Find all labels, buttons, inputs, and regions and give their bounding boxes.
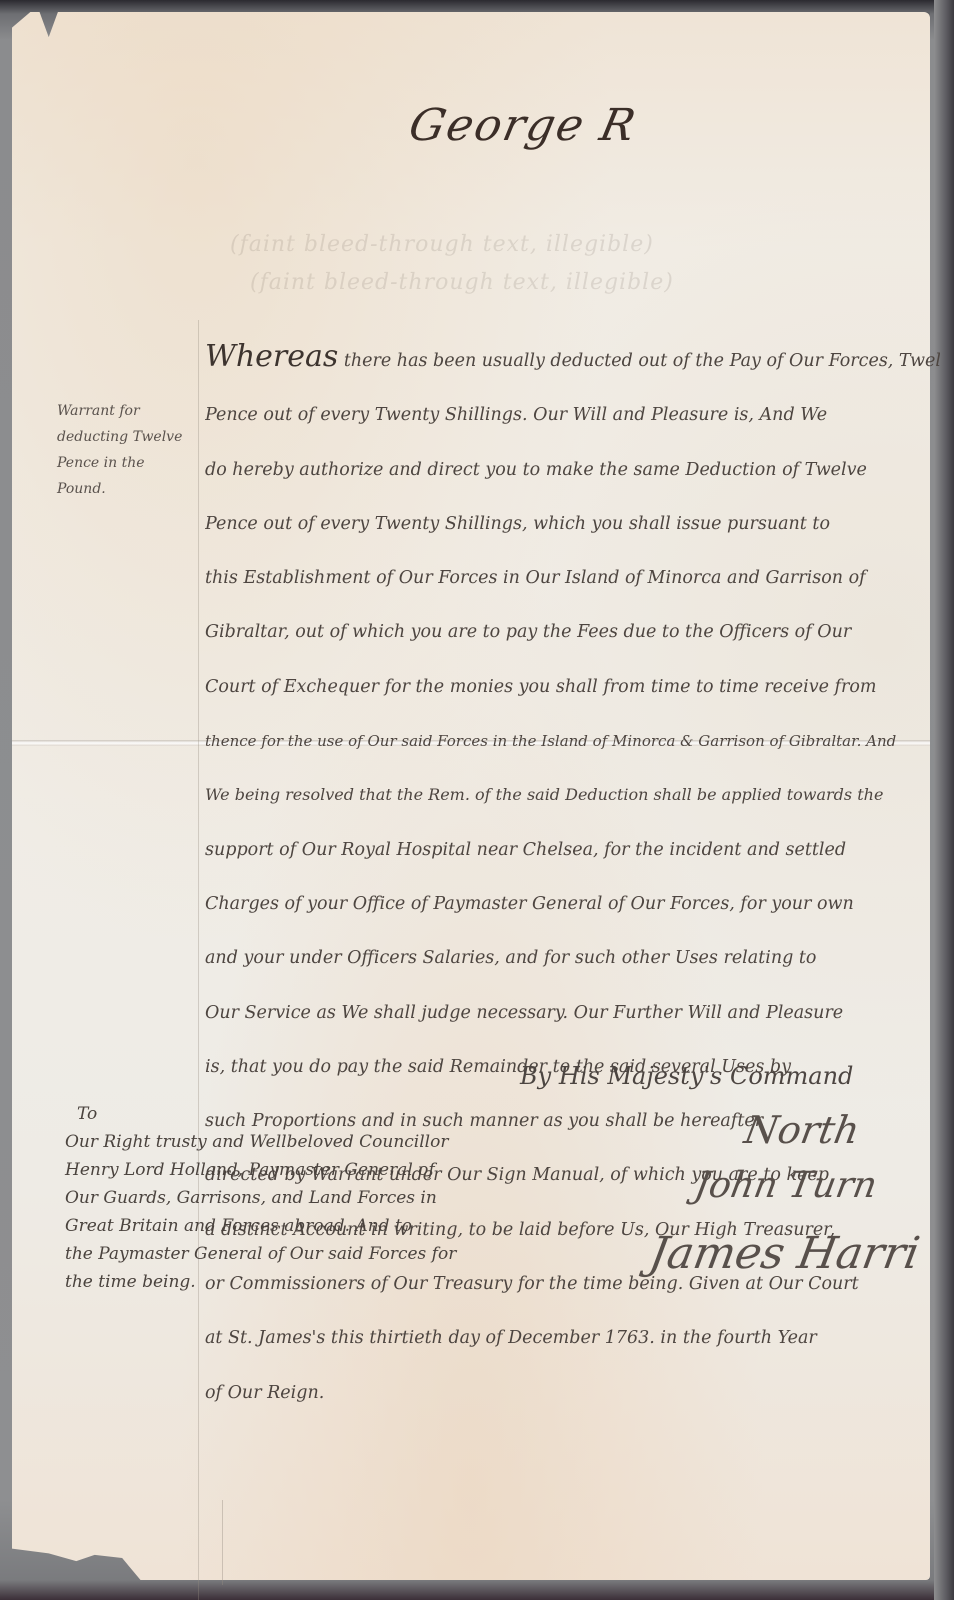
body-line: at St. James's this thirtieth day of Dec… [205,1311,940,1365]
margin-note-line: Warrant for [57,398,197,424]
address-line: the Paymaster General of Our said Forces… [65,1240,535,1268]
margin-rule-lower [222,1500,223,1585]
drop-word: Whereas [205,339,338,374]
margin-note-line: deducting Twelve [57,424,197,450]
margin-note-line: Pence in the [57,450,197,476]
body-line: Whereas there has been usually deducted … [205,330,940,388]
body-line: Pence out of every Twenty Shillings, whi… [205,497,940,551]
address-line: Our Right trusty and Wellbeloved Council… [65,1128,535,1156]
margin-rule [198,320,199,1600]
bleed-through-text: (faint bleed-through text, illegible) [250,270,674,295]
address-line: the time being. [65,1268,535,1296]
body-line: of Our Reign. [205,1366,940,1420]
royal-signature-text: George R [405,100,642,151]
royal-sign-manual: George R [405,100,642,151]
body-line: this Establishment of Our Forces in Our … [205,551,940,605]
address-line: Henry Lord Holland, Paymaster General of [65,1156,535,1184]
signature-north: North [741,1108,863,1152]
margin-note-line: Pound. [57,476,197,502]
signature-james-harris: James Harri [646,1228,924,1279]
body-line: Charges of your Office of Paymaster Gene… [205,877,940,931]
body-line: support of Our Royal Hospital near Chels… [205,823,940,877]
body-line: thence for the use of Our said Forces in… [205,714,940,768]
bleed-through-text: (faint bleed-through text, illegible) [230,232,654,257]
body-line: do hereby authorize and direct you to ma… [205,443,940,497]
body-line: and your under Officers Salaries, and fo… [205,931,940,985]
address-to: To [77,1100,535,1128]
body-line: Gibraltar, out of which you are to pay t… [205,605,940,659]
address-line: Our Guards, Garrisons, and Land Forces i… [65,1184,535,1212]
by-his-majestys-command: By His Majesty's Command [520,1062,853,1090]
body-line: Pence out of every Twenty Shillings. Our… [205,388,940,442]
body-line: We being resolved that the Rem. of the s… [205,768,940,822]
body-line: Our Service as We shall judge necessary.… [205,986,940,1040]
signature-john-turner: John Turn [691,1165,880,1206]
body-line: Court of Exchequer for the monies you sh… [205,660,940,714]
address-line: Great Britain and Forces abroad. And to [65,1212,535,1240]
addressee-block: To Our Right trusty and Wellbeloved Coun… [65,1100,535,1296]
margin-note: Warrant for deducting Twelve Pence in th… [57,398,197,502]
